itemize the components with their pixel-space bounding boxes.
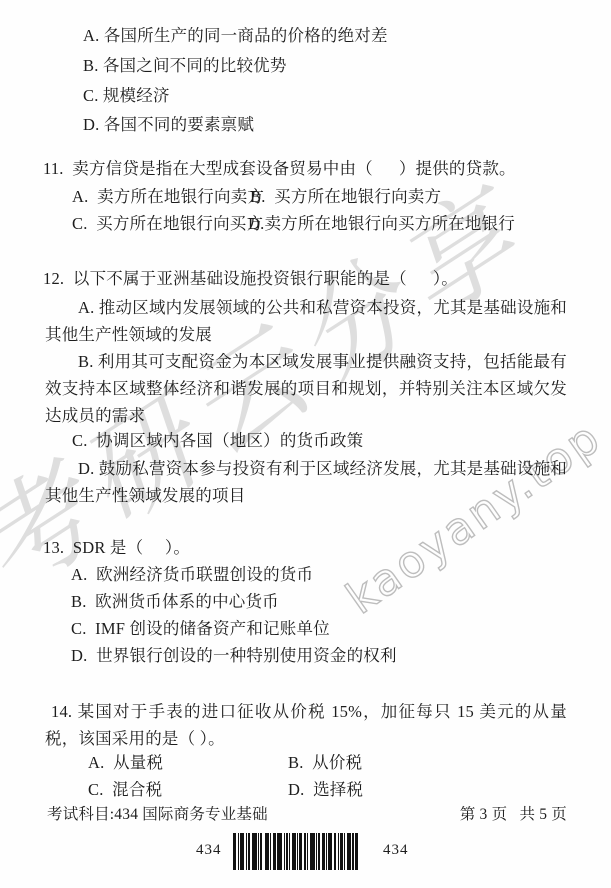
q11-stem: 11. 卖方信贷是指在大型成套设备贸易中由（ ）提供的贷款。 [43,158,516,179]
q13-option-d: D. 世界银行创设的一种特别使用资金的权利 [71,645,397,666]
q11-option-b: B. 买方所在地银行向卖方 [250,186,441,207]
q12-option-d: D. 鼓励私营资本参与投资有利于区域经济发展，尤其是基础设施和其他生产性领域发展… [45,455,567,509]
q10-option-c: C. 规模经济 [83,85,170,106]
barcode-left-label: 434 [196,842,222,859]
q11-option-d: D.卖方所在地银行向买方所在地银行 [248,213,515,234]
q14-option-a: A. 从量税 [88,752,163,773]
site-url-watermark: kaoyany.top [337,411,611,624]
q10-option-b: B. 各国之间不同的比较优势 [83,55,287,76]
q13-stem: 13. SDR 是（ ）。 [43,537,190,558]
q14-option-c: C. 混合税 [88,779,162,800]
footer-page-number: 第 3 页 共 5 页 [460,804,567,825]
q12-option-b: B. 利用其可支配资金为本区域发展事业提供融资支持，包括能最有效支持本区域整体经… [45,348,567,429]
q12-stem: 12. 以下不属于亚洲基础设施投资银行职能的是（ ）。 [43,268,458,289]
q14-option-b: B. 从价税 [288,752,362,773]
q10-option-a: A. 各国所生产的同一商品的价格的绝对差 [83,25,388,46]
barcode-right-label: 434 [383,842,409,859]
q13-option-a: A. 欧洲经济货币联盟创设的货币 [71,564,313,585]
exam-paper-page: 考研云分享 kaoyany.top A. 各国所生产的同一商品的价格的绝对差 B… [0,0,611,888]
barcode-bars [233,833,358,870]
q13-option-c: C. IMF 创设的储备资产和记账单位 [71,618,330,639]
q13-option-b: B. 欧洲货币体系的中心货币 [71,591,279,612]
q14-option-d: D. 选择税 [288,779,363,800]
q12-option-c: C. 协调区域内各国（地区）的货币政策 [72,430,363,451]
q14-stem: 14. 某国对于手表的进口征收从价税 15%，加征每只 15 美元的从量税，该国… [45,698,567,752]
footer-exam-subject: 考试科目:434 国际商务专业基础 [47,804,268,825]
q11-option-c: C. 买方所在地银行向买方 [72,213,263,234]
q12-option-a: A. 推动区域内发展领域的公共和私营资本投资，尤其是基础设施和其他生产性领域的发… [45,294,567,348]
q10-option-d: D. 各国不同的要素禀赋 [83,114,254,135]
q11-option-a: A. 卖方所在地银行向卖方 [72,186,264,207]
